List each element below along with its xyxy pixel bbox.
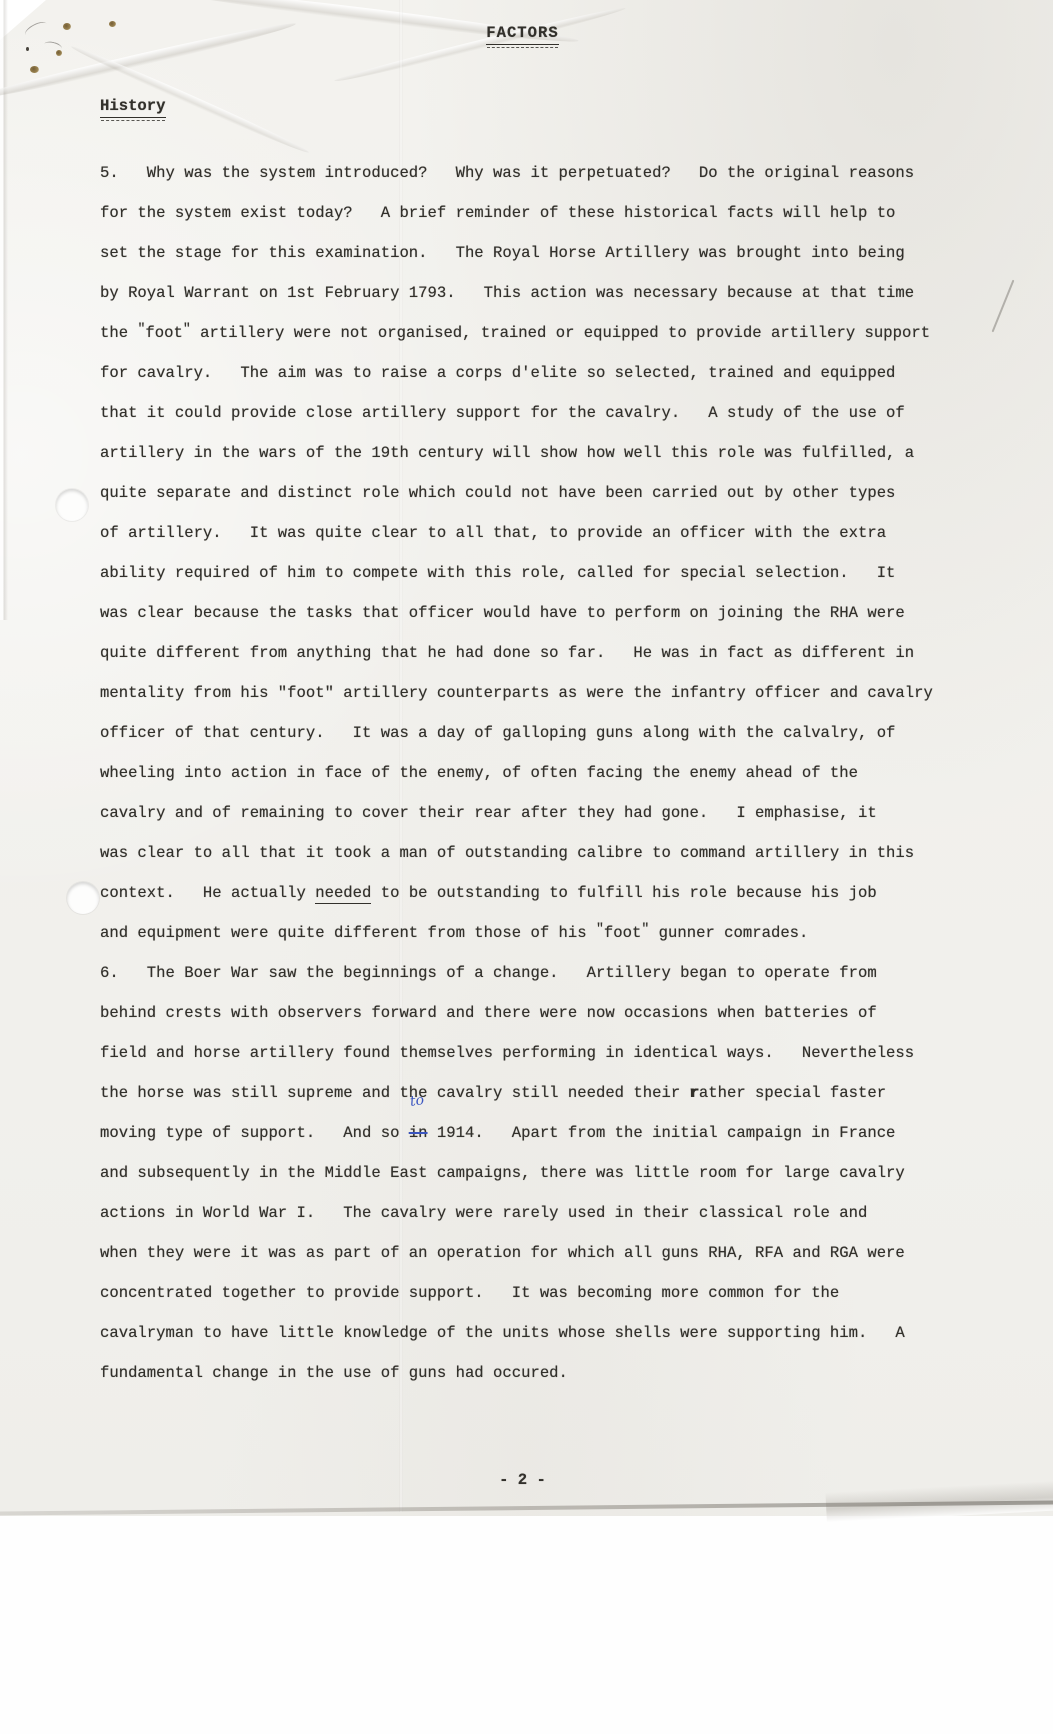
text-line: artillery in the wars of the 19th centur… — [100, 433, 945, 473]
raised-quote-mark: " — [596, 909, 604, 949]
text-line: and equipment were quite different from … — [100, 913, 945, 953]
punch-hole-top — [56, 489, 88, 521]
paragraph-6: 6. The Boer War saw the beginnings of a … — [100, 953, 945, 1393]
ink-speck — [26, 47, 29, 51]
text-line: for the system exist today? A brief remi… — [100, 193, 945, 233]
text-line: moving type of support. And so toin 1914… — [100, 1113, 945, 1153]
section-heading-text: History — [100, 97, 166, 118]
text-line: the horse was still supreme and the cava… — [100, 1073, 945, 1113]
text-line: of artillery. It was quite clear to all … — [100, 513, 945, 553]
text-line: concentrated together to provide support… — [100, 1273, 945, 1313]
punch-hole-bottom — [67, 882, 99, 914]
raised-quote-mark: " — [137, 309, 145, 349]
scratch-mark — [992, 280, 1015, 333]
overtyped-character: r — [690, 1084, 699, 1102]
text-line: cavalryman to have little knowledge of t… — [100, 1313, 945, 1353]
document-page: FACTORS History 5. Why was the system in… — [0, 0, 1053, 1516]
page-title: FACTORS — [100, 24, 945, 45]
text-line: the "foot" artillery were not organised,… — [100, 313, 945, 353]
section-heading-history: History — [100, 97, 166, 118]
page-title-text: FACTORS — [486, 24, 559, 45]
text-line: mentality from his "foot" artillery coun… — [100, 673, 945, 713]
raised-quote-mark: " — [183, 309, 191, 349]
struck-word: in — [409, 1124, 428, 1142]
text-line: fundamental change in the use of guns ha… — [100, 1353, 945, 1393]
text-line: actions in World War I. The cavalry were… — [100, 1193, 945, 1233]
text-line: quite different from anything that he ha… — [100, 633, 945, 673]
text-line: set the stage for this examination. The … — [100, 233, 945, 273]
text-line: that it could provide close artillery su… — [100, 393, 945, 433]
text-line: behind crests with observers forward and… — [100, 993, 945, 1033]
text-line: wheeling into action in face of the enem… — [100, 753, 945, 793]
text-line: when they were it was as part of an oper… — [100, 1233, 945, 1273]
text-line: 6. The Boer War saw the beginnings of a … — [100, 953, 945, 993]
text-line: was clear to all that it took a man of o… — [100, 833, 945, 873]
text-line: by Royal Warrant on 1st February 1793. T… — [100, 273, 945, 313]
text-line: field and horse artillery found themselv… — [100, 1033, 945, 1073]
text-line: for cavalry. The aim was to raise a corp… — [100, 353, 945, 393]
text-line: cavalry and of remaining to cover their … — [100, 793, 945, 833]
rust-stain — [30, 66, 39, 73]
rust-stain — [63, 23, 71, 30]
text-line: quite separate and distinct role which c… — [100, 473, 945, 513]
page-number: - 2 - — [100, 1460, 945, 1500]
handwritten-correction: toin — [409, 1113, 428, 1153]
text-line: and subsequently in the Middle East camp… — [100, 1153, 945, 1193]
handwritten-word: to — [409, 1093, 425, 1109]
text-line: was clear because the tasks that officer… — [100, 593, 945, 633]
text-line: officer of that century. It was a day of… — [100, 713, 945, 753]
scanned-document: FACTORS History 5. Why was the system in… — [0, 0, 1053, 1734]
paragraph-5: 5. Why was the system introduced? Why wa… — [100, 153, 945, 953]
raised-quote-mark: " — [641, 909, 649, 949]
text-line: ability required of him to compete with … — [100, 553, 945, 593]
text-line: 5. Why was the system introduced? Why wa… — [100, 153, 945, 193]
text-line: context. He actually needed to be outsta… — [100, 873, 945, 913]
